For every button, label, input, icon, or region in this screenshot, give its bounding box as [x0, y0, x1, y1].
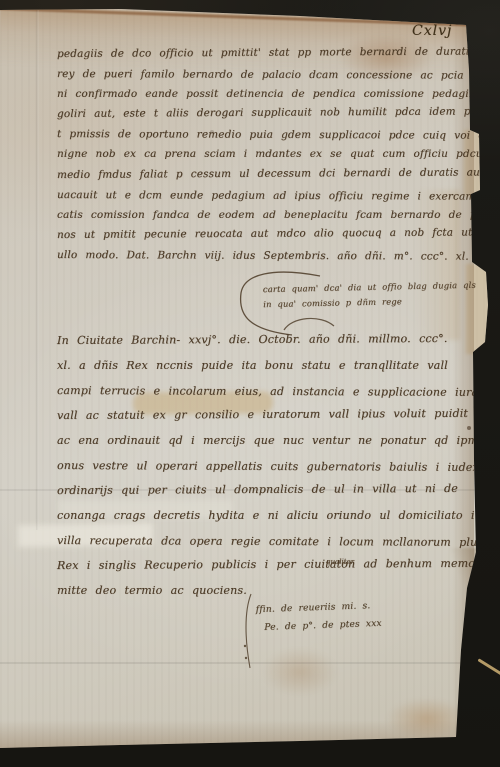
manuscript-line: ac ena ordinauit qd i mercijs que nuc ve…	[57, 428, 469, 453]
manuscript-line: conanga crags decretis hydita e ni alici…	[57, 503, 469, 528]
manuscript-line: vall ac statuit ex gr consilio e iurator…	[57, 401, 469, 428]
manuscript-line: medio fmdus faliat p cessum ul decessum …	[57, 162, 467, 185]
manuscript-line: rey de pueri familo bernardo de palacio …	[57, 64, 467, 86]
manuscript-line: uacauit ut e dcm eunde pedagium ad ipius…	[57, 185, 467, 207]
manuscript-line: In Ciuitate Barchin- xxvj°. die. Octobr.…	[57, 326, 469, 353]
folio-small-mark: clxxxj	[404, 12, 430, 22]
straw-fragment	[477, 658, 500, 676]
stain-bottom-right	[386, 698, 468, 740]
photo-background: clxxxj Cxlvj pedagiis de dco officio ut …	[0, 0, 500, 767]
manuscript-line: t pmissis de oportuno remedio puia gdem …	[57, 124, 467, 146]
top-edge-line	[0, 7, 474, 27]
manuscript-line: Rex i singlis Recuperio publicis i per c…	[57, 551, 469, 578]
vertical-crease	[36, 10, 39, 530]
manuscript-line: ordinarijs qui per ciuits ul dompnalicis…	[57, 476, 469, 503]
folio-number: Cxlvj	[412, 23, 452, 39]
manuscript-line: nigne nob ex ca prena sciam i mdantes ex…	[57, 144, 467, 164]
bottom-edge-shading	[0, 720, 460, 748]
manuscript-line: goliri aut, este t aliis derogari suppli…	[57, 102, 467, 125]
signature-line: Pe. de p°. de ptes xxx	[264, 615, 382, 637]
edge-tab-lower	[466, 264, 490, 354]
stain-bottom-center	[262, 648, 338, 696]
manuscript-line: pedagiis de dco officio ut pmittit' stat…	[57, 41, 467, 64]
note-line: in qua' comissio p dñm rege	[263, 293, 468, 312]
manuscript-line: nos ut pmitit pecunie reuocata aut mdco …	[57, 222, 467, 245]
manuscript-line: catis comission fandca de eodem ad benep…	[57, 205, 467, 225]
manuscript-line: ullo modo. Dat. Barchn viij. idus Septem…	[57, 245, 467, 267]
paragraph-2: In Ciuitate Barchin- xxvj°. die. Octobr.…	[57, 328, 469, 603]
manuscript-line: mitte deo termio ac quociens.	[57, 578, 469, 603]
signature-flourish	[242, 594, 256, 674]
manuscript-line: xl. a dñis Rex nccnis puide ita bonu sta…	[57, 353, 469, 378]
interlinear-insertion: qualiter	[326, 558, 354, 566]
marginal-note: carta quam' dca' dia ut offio blag dugia…	[263, 278, 469, 312]
manuscript-page: clxxxj Cxlvj pedagiis de dco officio ut …	[0, 0, 500, 767]
paragraph-1: pedagiis de dco officio ut pmittit' stat…	[57, 44, 467, 265]
signature-block: ffin. de reueriis mi. s. Pe. de p°. de p…	[255, 597, 382, 637]
